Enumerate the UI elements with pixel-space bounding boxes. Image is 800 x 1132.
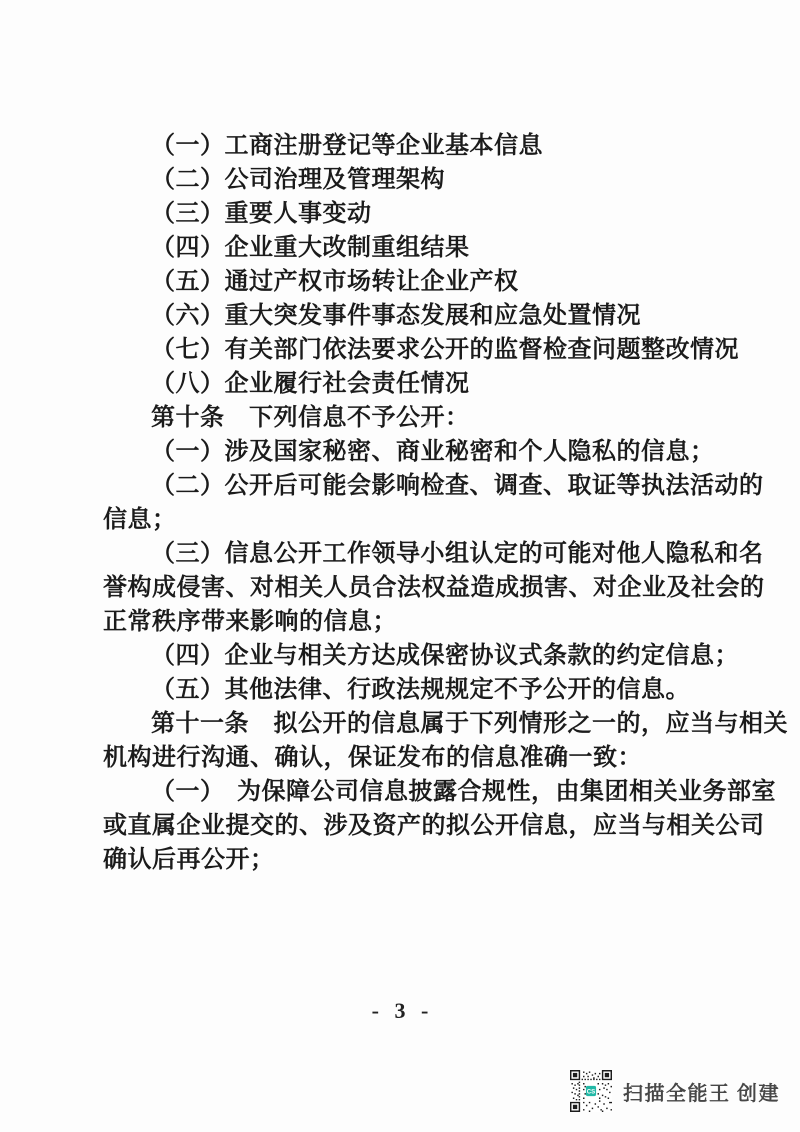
scan-artifact-speck <box>425 421 430 425</box>
scanned-document-page: （一）工商注册登记等企业基本信息 （二）公司治理及管理架构 （三）重要人事变动 … <box>0 0 800 1132</box>
document-body: （一）工商注册登记等企业基本信息 （二）公司治理及管理架构 （三）重要人事变动 … <box>103 129 699 877</box>
document-line: （六）重大突发事件事态发展和应急处置情况 <box>103 299 699 333</box>
document-line: 机构进行沟通、确认，保证发布的信息准确一致： <box>103 741 699 775</box>
document-line: （三）重要人事变动 <box>103 197 699 231</box>
document-line: 正常秩序带来影响的信息； <box>103 605 699 639</box>
document-line: （一）涉及国家秘密、商业秘密和个人隐私的信息； <box>103 435 699 469</box>
document-line: （三）信息公开工作领导小组认定的可能对他人隐私和名 <box>103 537 699 571</box>
qr-code-icon: CS <box>570 1070 612 1112</box>
document-line: （四）企业与相关方达成保密协议式条款的约定信息； <box>103 639 699 673</box>
document-line: （二）公司治理及管理架构 <box>103 163 699 197</box>
document-line: （一）工商注册登记等企业基本信息 <box>103 129 699 163</box>
document-line: 信息； <box>103 503 699 537</box>
document-line: 誉构成侵害、对相关人员合法权益造成损害、对企业及社会的 <box>103 571 699 605</box>
document-line: （五）其他法律、行政法规规定不予公开的信息。 <box>103 673 699 707</box>
document-line: （八）企业履行社会责任情况 <box>103 367 699 401</box>
camscanner-watermark: CS 扫描全能王 创建 <box>570 1070 780 1112</box>
page-number: - 3 - <box>103 998 699 1024</box>
document-line: （五）通过产权市场转让企业产权 <box>103 265 699 299</box>
watermark-text: 扫描全能王 创建 <box>623 1077 780 1106</box>
document-line: 或直属企业提交的、涉及资产的拟公开信息，应当与相关公司 <box>103 809 699 843</box>
document-line: 确认后再公开； <box>103 843 699 877</box>
document-line: （七）有关部门依法要求公开的监督检查问题整改情况 <box>103 333 699 367</box>
svg-text:CS: CS <box>587 1088 595 1095</box>
document-line: （四）企业重大改制重组结果 <box>103 231 699 265</box>
document-line-article-11: 第十一条 拟公开的信息属于下列情形之一的，应当与相关 <box>103 707 699 741</box>
document-line: （一） 为保障公司信息披露合规性，由集团相关业务部室 <box>103 775 699 809</box>
document-line: （二）公开后可能会影响检查、调查、取证等执法活动的 <box>103 469 699 503</box>
document-line-article-10: 第十条 下列信息不予公开： <box>103 401 699 435</box>
